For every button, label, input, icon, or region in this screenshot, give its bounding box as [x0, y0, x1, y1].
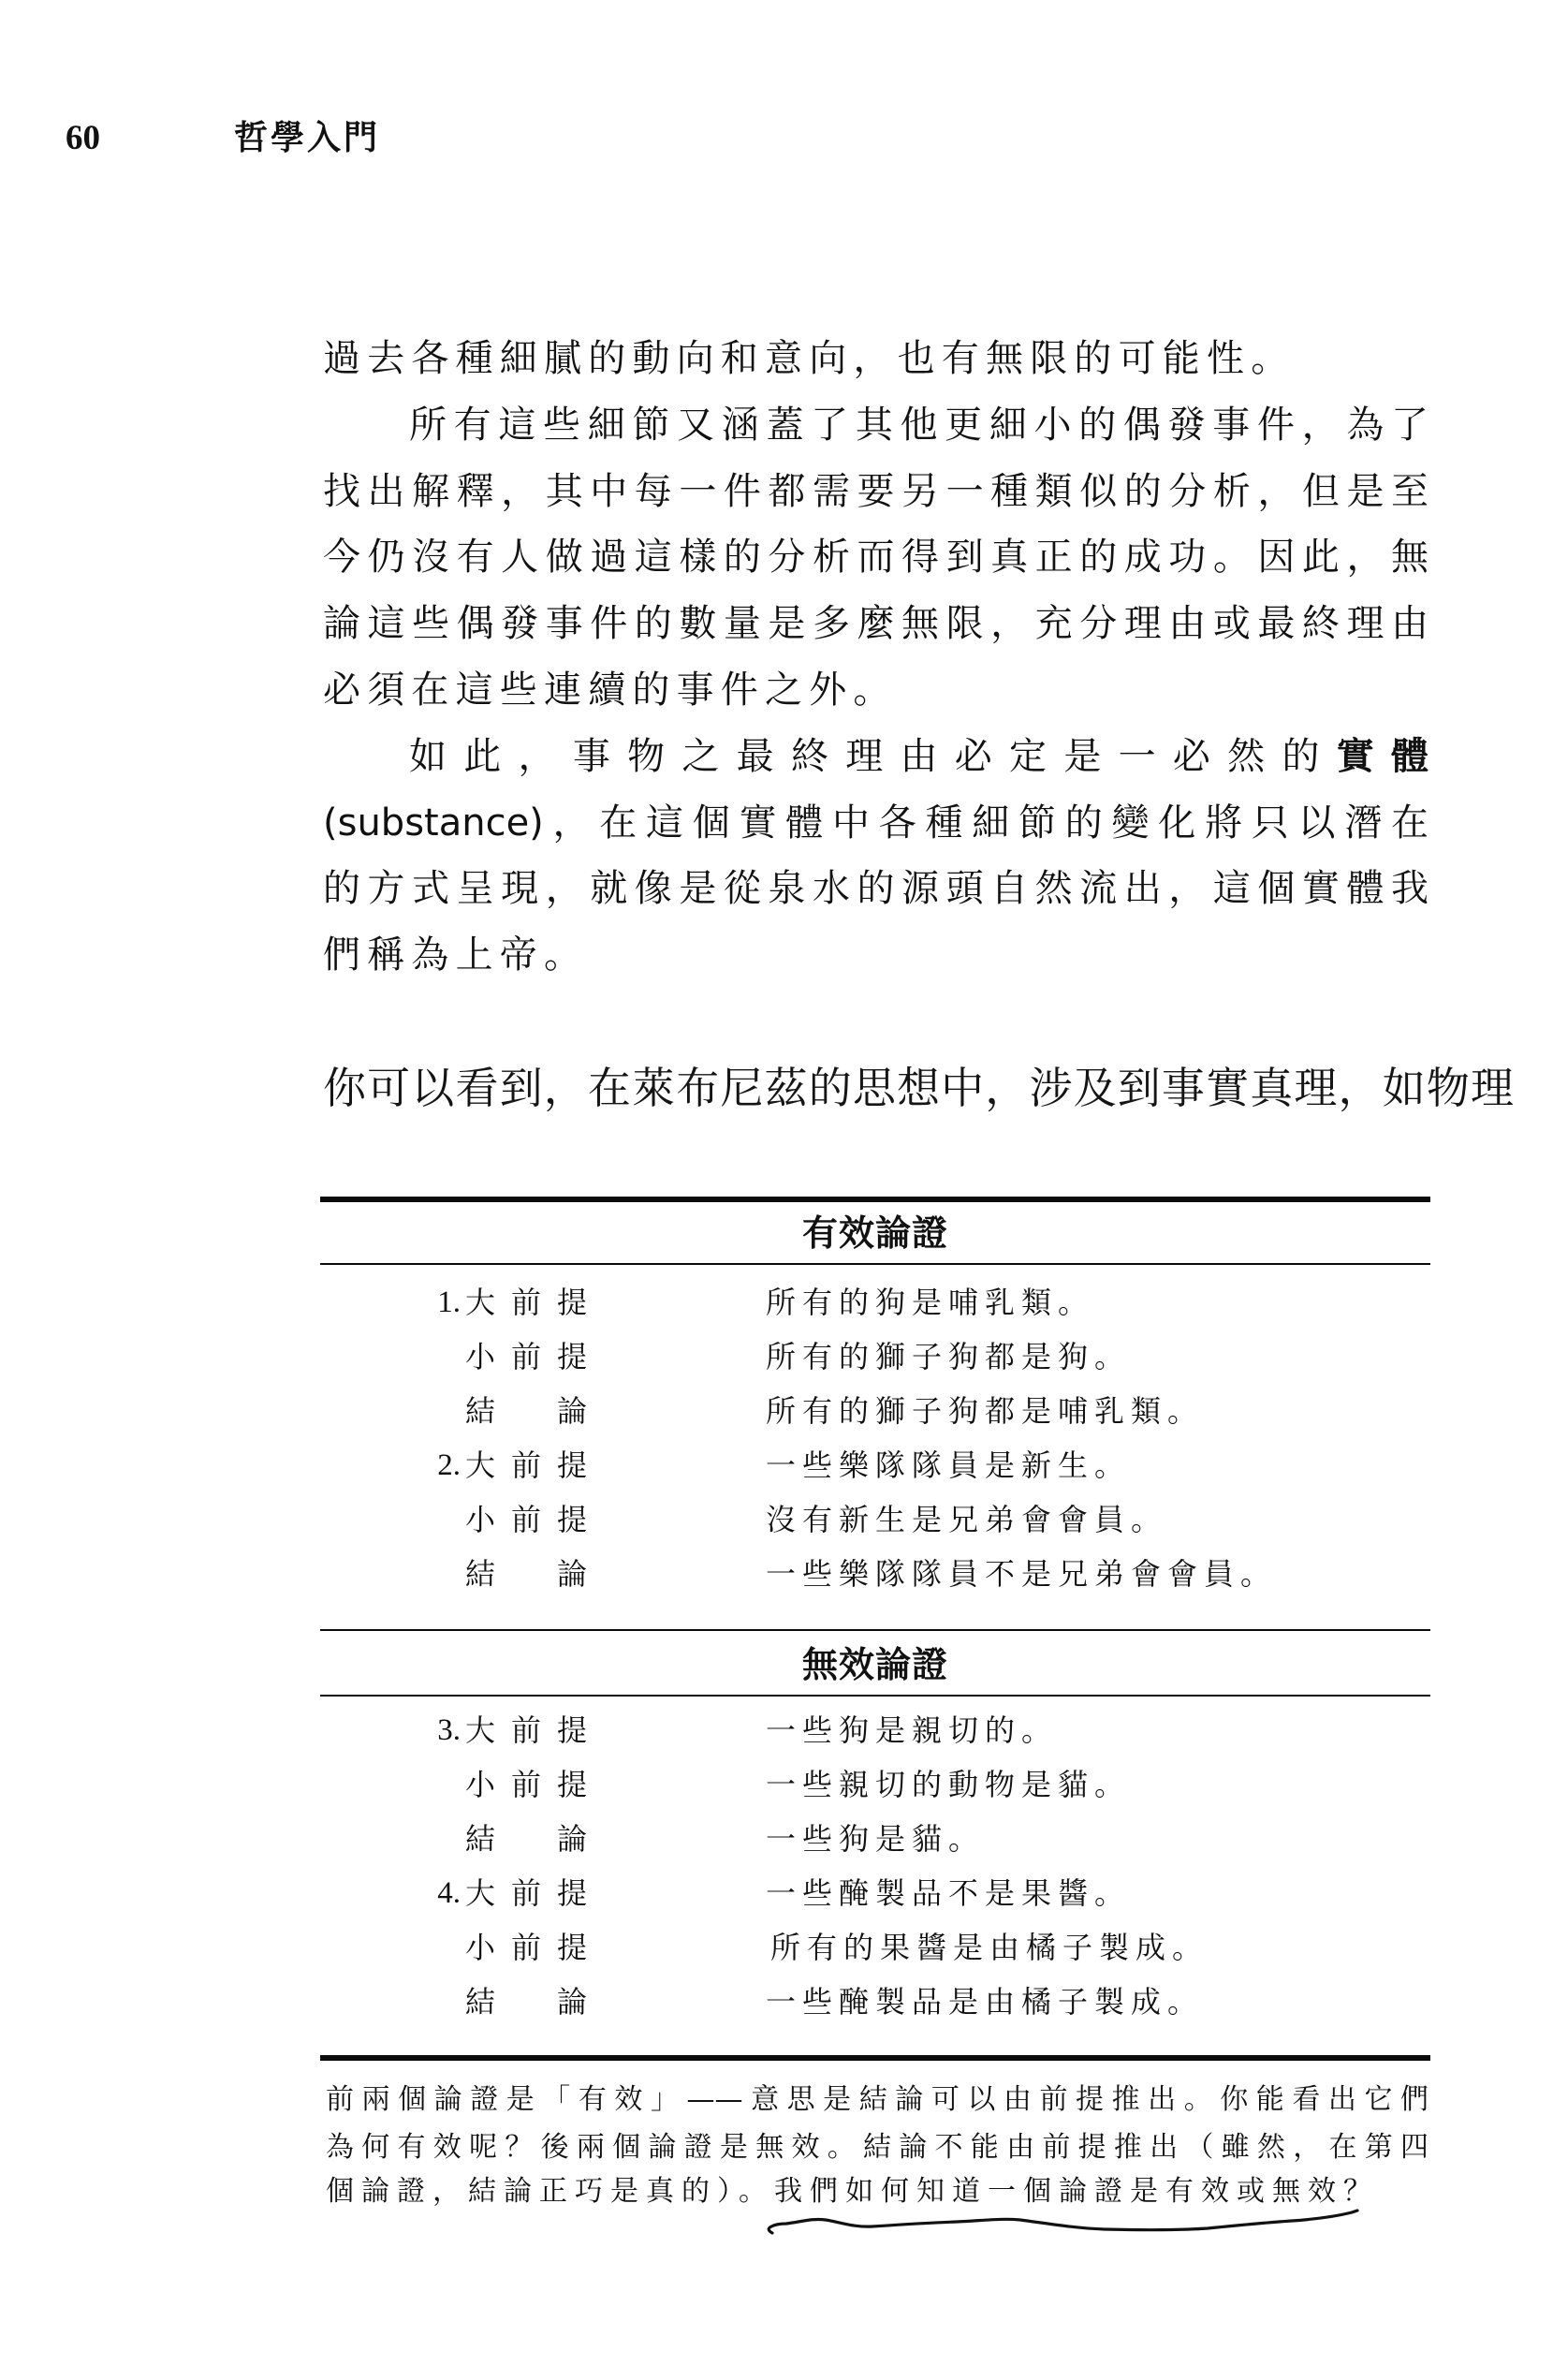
statement-text: 所有的狗是哺乳類。 [766, 1279, 1094, 1326]
statement-text: 一些醃製品是由橘子製成。 [766, 1978, 1204, 2025]
premise-label: 大前提 [465, 1442, 603, 1489]
argument-number: 3. [412, 1707, 461, 1754]
section-rule [320, 1695, 1430, 1697]
premise-label: 大前提 [465, 1870, 603, 1917]
argument-row: 結 論 一些狗是貓。 [0, 1815, 1553, 1862]
argument-row: 小前提 所有的獅子狗都是狗。 [0, 1333, 1553, 1380]
caption-line: 為何有效呢？後兩個論證是無效。結論不能由前提推出（雖然，在第四 [326, 2125, 1428, 2170]
statement-text: 所有的獅子狗都是狗。 [766, 1333, 1131, 1380]
statement-text: 所有的果醬是由橘子製成。 [770, 1924, 1209, 1971]
argument-row: 小前提 一些親切的動物是貓。 [0, 1761, 1553, 1808]
argument-row: 結 論 一些樂隊隊員不是兄弟會會員。 [0, 1550, 1553, 1597]
statement-text: 一些樂隊隊員不是兄弟會會員。 [766, 1550, 1277, 1597]
body-line: (substance)，在這個實體中各種細節的變化將只以潛在 [323, 790, 1428, 856]
conclusion-label: 結 論 [465, 1815, 603, 1862]
argument-row: 小前提 所有的果醬是由橘子製成。 [0, 1924, 1553, 1971]
conclusion-label: 結 論 [465, 1978, 603, 2025]
premise-label: 小前提 [465, 1333, 603, 1380]
underlined-question: 我們如何知道一個論證是有效或無效？ [774, 2175, 1379, 2208]
running-head-title: 哲學入門 [234, 122, 380, 155]
premise-label: 小前提 [465, 1496, 603, 1543]
argument-number: 4. [412, 1870, 461, 1917]
argument-row: 小前提 沒有新生是兄弟會會員。 [0, 1496, 1553, 1543]
premise-label: 大前提 [465, 1279, 603, 1326]
premise-label: 大前提 [465, 1707, 603, 1754]
statement-text: 一些狗是親切的。 [766, 1707, 1058, 1754]
argument-row: 4. 大前提 一些醃製品不是果醬。 [0, 1870, 1553, 1917]
premise-label: 小前提 [465, 1761, 603, 1808]
bold-term: 實體 [1337, 735, 1428, 778]
latin-term: (substance) [323, 801, 544, 845]
section-rule [320, 1629, 1430, 1631]
overlay-text-line: 你可以看到，在萊布尼茲的思想中，涉及到事實真理，如物理 [323, 1058, 1514, 1118]
statement-text: 一些親切的動物是貓。 [766, 1761, 1131, 1808]
section-title-invalid: 無效論證 [320, 1646, 1430, 1683]
body-line: 如此，事物之最終理由必定是一必然的實體 [409, 724, 1428, 789]
body-line: 論這些偶發事件的數量是多麼無限，充分理由或最終理由 [323, 591, 1428, 656]
table-bottom-rule [320, 2055, 1430, 2061]
statement-text: 一些醃製品不是果醬。 [766, 1870, 1131, 1917]
argument-row: 3. 大前提 一些狗是親切的。 [0, 1707, 1553, 1754]
statement-text: 所有的獅子狗都是哺乳類。 [766, 1388, 1204, 1434]
table-top-rule [320, 1197, 1430, 1202]
conclusion-label: 結 論 [465, 1550, 603, 1597]
caption-line: 前兩個論證是「有效」——意思是結論可以由前提推出。你能看出它們 [326, 2078, 1428, 2123]
statement-text: 沒有新生是兄弟會會員。 [766, 1496, 1167, 1543]
body-line-text: 如此，事物之最終理由必定是一必然的 [409, 735, 1337, 778]
argument-number: 1. [412, 1279, 461, 1326]
section-title-valid: 有效論證 [320, 1214, 1430, 1252]
statement-text: 一些狗是貓。 [766, 1815, 985, 1862]
body-line-text: ，在這個實體中各種細節的變化將只以潛在 [544, 801, 1428, 845]
conclusion-label: 結 論 [465, 1388, 603, 1434]
body-line: 過去各種細膩的動向和意向，也有無限的可能性。 [323, 326, 1428, 391]
caption-text: 個論證，結論正巧是真的）。 [326, 2175, 774, 2208]
argument-row: 結 論 所有的獅子狗都是哺乳類。 [0, 1388, 1553, 1434]
body-line: 們稱為上帝。 [323, 922, 1428, 988]
argument-row: 1. 大前提 所有的狗是哺乳類。 [0, 1279, 1553, 1326]
argument-row: 2. 大前提 一些樂隊隊員是新生。 [0, 1442, 1553, 1489]
argument-number: 2. [412, 1442, 461, 1489]
hand-drawn-wavy-underline [764, 2206, 1363, 2238]
body-line: 所有這些細節又涵蓋了其他更細小的偶發事件，為了 [409, 392, 1428, 458]
body-line: 必須在這些連續的事件之外。 [323, 657, 1428, 723]
section-rule [320, 1263, 1430, 1265]
book-page: 60 哲學入門 過去各種細膩的動向和意向，也有無限的可能性。 所有這些細節又涵蓋… [0, 0, 1553, 2380]
statement-text: 一些樂隊隊員是新生。 [766, 1442, 1131, 1489]
body-line: 找出解釋，其中每一件都需要另一種類似的分析，但是至 [323, 459, 1428, 524]
body-line: 的方式呈現，就像是從泉水的源頭自然流出，這個實體我 [323, 856, 1428, 921]
premise-label: 小前提 [465, 1924, 603, 1971]
argument-row: 結 論 一些醃製品是由橘子製成。 [0, 1978, 1553, 2025]
body-line: 今仍沒有人做過這樣的分析而得到真正的成功。因此，無 [323, 524, 1428, 590]
page-number: 60 [66, 120, 100, 157]
